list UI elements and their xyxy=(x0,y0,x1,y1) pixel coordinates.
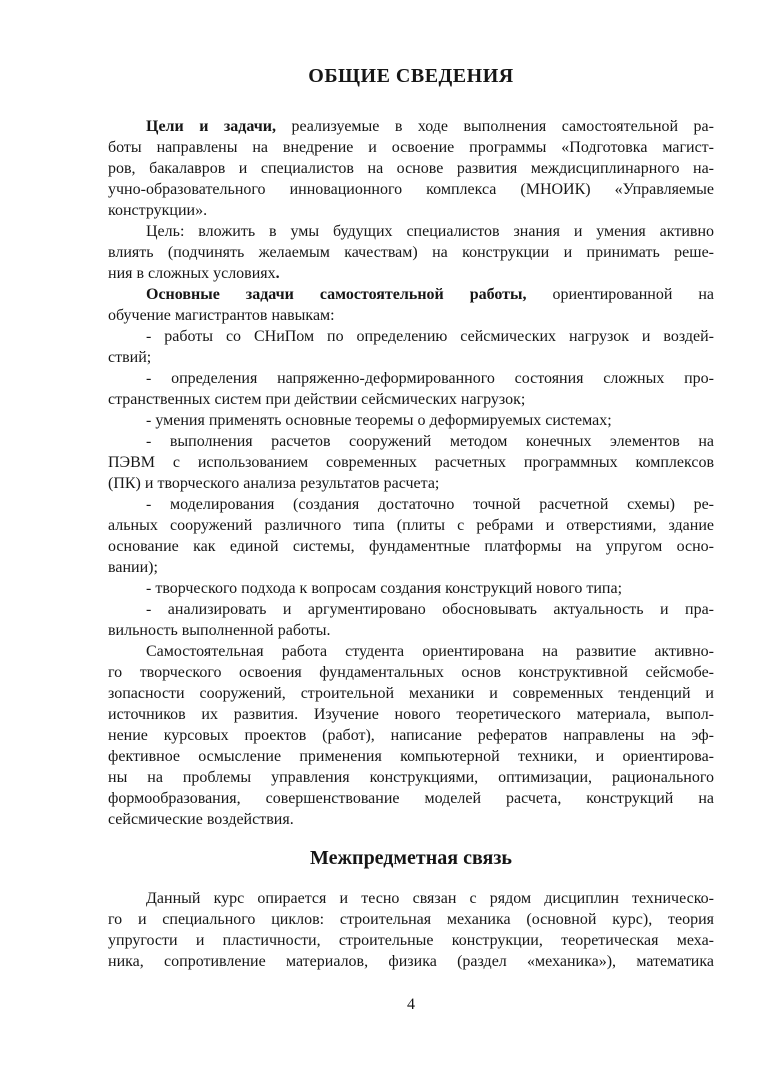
text-line: (ПК) и творческого анализа результатов р… xyxy=(108,473,714,494)
text-line: ПЭВМ с использованием современных расчет… xyxy=(108,452,714,473)
text-segment: влиять (подчинять желаемым качествам) на… xyxy=(108,244,714,261)
text-line: - творческого подхода к вопросам создани… xyxy=(108,578,714,599)
text-line: формообразования, совершенствование моде… xyxy=(108,788,714,809)
text-segment: (ПК) и творческого анализа результатов р… xyxy=(108,475,439,492)
text-segment: нение курсовых проектов (работ), написан… xyxy=(108,727,714,744)
text-segment: вильность выполненной работы. xyxy=(108,622,331,639)
text-segment: - моделирования (создания достаточно точ… xyxy=(146,496,714,513)
text-segment: - выполнения расчетов сооружений методом… xyxy=(146,433,714,450)
text-line: ны на проблемы управления конструкциями,… xyxy=(108,767,714,788)
text-line: - работы со СНиПом по определению сейсми… xyxy=(108,326,714,347)
text-segment: упругости и пластичности, строительные к… xyxy=(108,932,714,949)
text-line: - умения применять основные теоремы о де… xyxy=(108,410,714,431)
text-segment: реализуемые в ходе выполнения самостояте… xyxy=(276,118,714,135)
page-title: ОБЩИЕ СВЕДЕНИЯ xyxy=(108,64,714,88)
text-segment: сейсмические воздействия. xyxy=(108,811,294,828)
text-line: альных сооружений различного типа (плиты… xyxy=(108,515,714,536)
text-line: источников их развития. Изучение нового … xyxy=(108,704,714,725)
text-segment: ника, сопротивление материалов, физика (… xyxy=(108,953,714,970)
paragraph: - определения напряженно-деформированног… xyxy=(108,368,714,410)
text-line: ров, бакалавров и специалистов на основе… xyxy=(108,158,714,179)
text-segment: - анализировать и аргументировано обосно… xyxy=(146,601,714,618)
text-line: Основные задачи самостоятельной работы, … xyxy=(108,284,714,305)
text-line: Цель: вложить в умы будущих специалистов… xyxy=(108,221,714,242)
text-segment: Самостоятельная работа студента ориентир… xyxy=(146,643,714,660)
text-segment: зопасности сооружений, строительной меха… xyxy=(108,685,714,702)
text-segment: го и специального циклов: строительная м… xyxy=(108,911,714,928)
text-line: странственных систем при действии сейсми… xyxy=(108,389,714,410)
paragraph: - моделирования (создания достаточно точ… xyxy=(108,494,714,578)
text-line: фективное осмысление применения компьюте… xyxy=(108,746,714,767)
paragraph: Основные задачи самостоятельной работы, … xyxy=(108,284,714,326)
text-line: влиять (подчинять желаемым качествам) на… xyxy=(108,242,714,263)
text-line: Цели и задачи, реализуемые в ходе выполн… xyxy=(108,116,714,137)
paragraph: - выполнения расчетов сооружений методом… xyxy=(108,431,714,494)
section-heading: Межпредметная связь xyxy=(108,846,714,870)
paragraph: Цель: вложить в умы будущих специалистов… xyxy=(108,221,714,284)
text-segment: учно-образовательного инновационного ком… xyxy=(108,181,714,198)
text-segment: фективное осмысление применения компьюте… xyxy=(108,748,714,765)
text-line: вании); xyxy=(108,557,714,578)
text-line: зопасности сооружений, строительной меха… xyxy=(108,683,714,704)
text-line: основание как единой системы, фундаментн… xyxy=(108,536,714,557)
document-body: Цели и задачи, реализуемые в ходе выполн… xyxy=(108,116,714,972)
paragraph: Самостоятельная работа студента ориентир… xyxy=(108,641,714,830)
text-segment: го творческого освоения фундаментальных … xyxy=(108,664,714,681)
text-line: нение курсовых проектов (работ), написан… xyxy=(108,725,714,746)
text-segment: конструкции». xyxy=(108,202,207,219)
text-segment: вании); xyxy=(108,559,158,576)
text-line: - выполнения расчетов сооружений методом… xyxy=(108,431,714,452)
text-segment: ориентированной на xyxy=(527,286,714,303)
paragraph: - работы со СНиПом по определению сейсми… xyxy=(108,326,714,368)
text-line: конструкции». xyxy=(108,200,714,221)
paragraph: - умения применять основные теоремы о де… xyxy=(108,410,714,431)
text-segment: обучение магистрантов навыкам: xyxy=(108,307,335,324)
paragraph: - анализировать и аргументировано обосно… xyxy=(108,599,714,641)
text-line: ния в сложных условиях. xyxy=(108,263,714,284)
text-line: ствий; xyxy=(108,347,714,368)
text-line: обучение магистрантов навыкам: xyxy=(108,305,714,326)
text-line: - анализировать и аргументировано обосно… xyxy=(108,599,714,620)
text-line: боты направлены на внедрение и освоение … xyxy=(108,137,714,158)
text-line: сейсмические воздействия. xyxy=(108,809,714,830)
text-line: Данный курс опирается и тесно связан с р… xyxy=(108,888,714,909)
text-segment: - умения применять основные теоремы о де… xyxy=(146,412,612,429)
bold-text-segment: . xyxy=(276,265,280,282)
text-segment: источников их развития. Изучение нового … xyxy=(108,706,714,723)
text-segment: формообразования, совершенствование моде… xyxy=(108,790,714,807)
text-segment: основание как единой системы, фундаментн… xyxy=(108,538,714,555)
text-line: Самостоятельная работа студента ориентир… xyxy=(108,641,714,662)
text-line: учно-образовательного инновационного ком… xyxy=(108,179,714,200)
text-line: - моделирования (создания достаточно точ… xyxy=(108,494,714,515)
text-line: го и специального циклов: строительная м… xyxy=(108,909,714,930)
text-segment: ния в сложных условиях xyxy=(108,265,276,282)
paragraph: Данный курс опирается и тесно связан с р… xyxy=(108,888,714,972)
text-line: упругости и пластичности, строительные к… xyxy=(108,930,714,951)
text-segment: ПЭВМ с использованием современных расчет… xyxy=(108,454,714,471)
document-page: ОБЩИЕ СВЕДЕНИЯ Цели и задачи, реализуемы… xyxy=(0,0,764,1080)
text-segment: альных сооружений различного типа (плиты… xyxy=(108,517,714,534)
text-line: - определения напряженно-деформированног… xyxy=(108,368,714,389)
text-segment: ствий; xyxy=(108,349,151,366)
text-segment: - работы со СНиПом по определению сейсми… xyxy=(146,328,714,345)
text-segment: странственных систем при действии сейсми… xyxy=(108,391,525,408)
text-segment: ны на проблемы управления конструкциями,… xyxy=(108,769,714,786)
text-line: вильность выполненной работы. xyxy=(108,620,714,641)
paragraph: - творческого подхода к вопросам создани… xyxy=(108,578,714,599)
bold-text-segment: Цели и задачи, xyxy=(146,118,276,135)
page-number: 4 xyxy=(108,994,714,1015)
text-segment: - творческого подхода к вопросам создани… xyxy=(146,580,622,597)
text-segment: Данный курс опирается и тесно связан с р… xyxy=(146,890,714,907)
text-segment: Цель: вложить в умы будущих специалистов… xyxy=(146,223,714,240)
paragraph: Цели и задачи, реализуемые в ходе выполн… xyxy=(108,116,714,221)
text-segment: ров, бакалавров и специалистов на основе… xyxy=(108,160,714,177)
text-line: го творческого освоения фундаментальных … xyxy=(108,662,714,683)
text-segment: - определения напряженно-деформированног… xyxy=(146,370,714,387)
bold-text-segment: Основные задачи самостоятельной работы, xyxy=(146,286,527,303)
text-segment: боты направлены на внедрение и освоение … xyxy=(108,139,714,156)
text-line: ника, сопротивление материалов, физика (… xyxy=(108,951,714,972)
